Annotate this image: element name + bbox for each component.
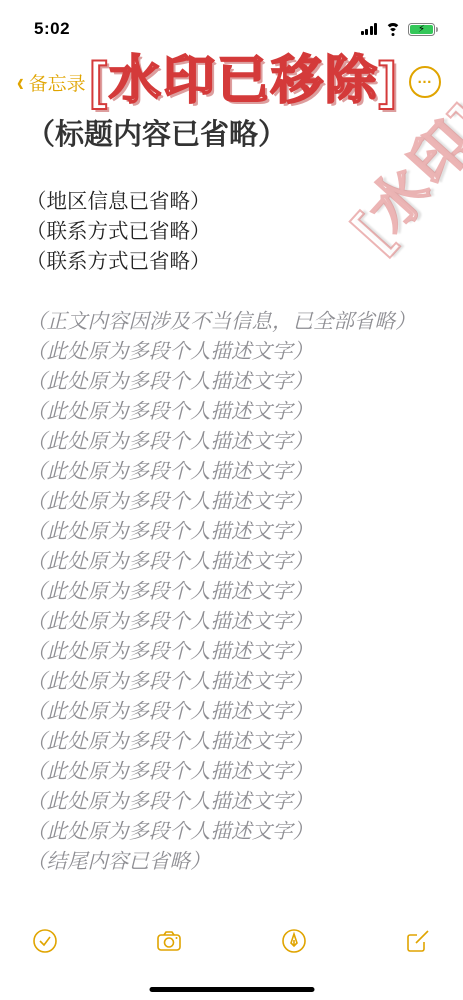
status-time: 5:02 [34, 19, 70, 39]
note-line: （此处原为多段个人描述文字） [26, 397, 437, 427]
note-line: （联系方式已省略） [26, 217, 437, 247]
status-bar: 5:02 ⚡ [0, 0, 463, 44]
note-line: （此处原为多段个人描述文字） [26, 457, 437, 487]
camera-icon [155, 927, 183, 955]
note-body: （地区信息已省略）（联系方式已省略）（联系方式已省略）（正文内容因涉及不当信息，… [26, 187, 437, 877]
note-line: （此处原为多段个人描述文字） [26, 367, 437, 397]
note-line: （正文内容因涉及不当信息，已全部省略） [26, 307, 437, 337]
status-icons: ⚡ [361, 23, 436, 36]
checklist-button[interactable] [30, 926, 60, 956]
compose-button[interactable] [403, 926, 433, 956]
back-button-label: 备忘录 [29, 69, 86, 96]
note-title: （标题内容已省略） [26, 112, 437, 153]
ellipsis-icon: … [417, 70, 433, 87]
note-line: （此处原为多段个人描述文字） [26, 337, 437, 367]
note-line: （结尾内容已省略） [26, 847, 437, 877]
camera-button[interactable] [154, 926, 184, 956]
note-line: （此处原为多段个人描述文字） [26, 817, 437, 847]
note-line: （此处原为多段个人描述文字） [26, 697, 437, 727]
note-line: （此处原为多段个人描述文字） [26, 427, 437, 457]
note-line: （联系方式已省略） [26, 247, 437, 277]
note-line: （此处原为多段个人描述文字） [26, 547, 437, 577]
notes-app-screen: 5:02 ⚡ [水印已移除] [水印] ‹ 备忘录 … （标题内容已省略） （地… [0, 0, 463, 1000]
wifi-icon [384, 23, 401, 36]
pen-circle-icon [280, 927, 308, 955]
note-line: （此处原为多段个人描述文字） [26, 757, 437, 787]
home-indicator [149, 987, 314, 992]
note-line: （此处原为多段个人描述文字） [26, 727, 437, 757]
note-line: （此处原为多段个人描述文字） [26, 487, 437, 517]
chevron-left-icon: ‹ [17, 69, 24, 95]
note-line: （此处原为多段个人描述文字） [26, 637, 437, 667]
markup-button[interactable] [279, 926, 309, 956]
battery-charging-icon: ⚡ [408, 23, 435, 36]
note-line: （此处原为多段个人描述文字） [26, 577, 437, 607]
checkmark-circle-icon [31, 927, 59, 955]
note-line: （此处原为多段个人描述文字） [26, 787, 437, 817]
cellular-signal-icon [361, 23, 378, 35]
note-line: （地区信息已省略） [26, 187, 437, 217]
nav-bar: ‹ 备忘录 … [0, 44, 463, 102]
note-line: （此处原为多段个人描述文字） [26, 607, 437, 637]
note-line: （此处原为多段个人描述文字） [26, 667, 437, 697]
note-line: （此处原为多段个人描述文字） [26, 517, 437, 547]
note-line [26, 277, 437, 307]
back-button[interactable]: ‹ 备忘录 [16, 69, 86, 96]
note-content[interactable]: （标题内容已省略） （地区信息已省略）（联系方式已省略）（联系方式已省略）（正文… [0, 102, 463, 877]
more-options-button[interactable]: … [409, 66, 441, 98]
compose-icon [404, 927, 432, 955]
